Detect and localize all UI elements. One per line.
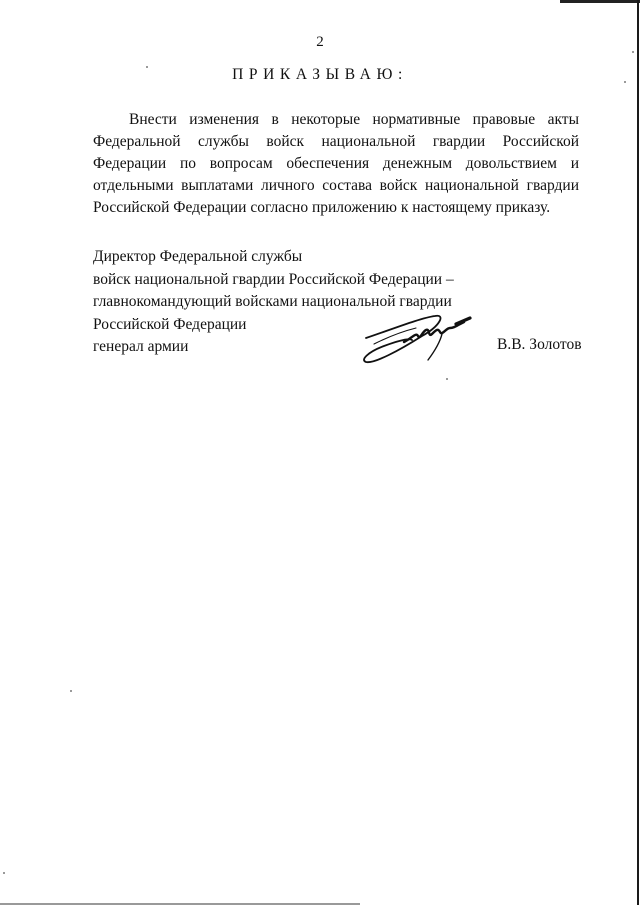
order-heading: ПРИКАЗЫВАЮ: [0, 66, 640, 84]
signatory-name: В.В. Золотов [497, 336, 582, 354]
order-body: Внести изменения в некоторые нормативные… [93, 109, 579, 219]
body-paragraph: Внести изменения в некоторые нормативные… [93, 109, 579, 219]
scan-edge-top [0, 0, 640, 3]
scan-speck [3, 872, 5, 874]
handwritten-signature-icon [360, 308, 480, 370]
scan-edge-right [637, 0, 639, 905]
scan-speck [146, 66, 148, 68]
scan-speck [624, 81, 626, 83]
scan-speck [446, 378, 448, 380]
signatory-title-line: Директор Федеральной службы [93, 246, 454, 269]
signatory-title-line: войск национальной гвардии Российской Фе… [93, 269, 454, 292]
page-number: 2 [0, 34, 640, 51]
scan-speck [70, 690, 72, 692]
scan-speck [632, 51, 634, 53]
document-page: 2 ПРИКАЗЫВАЮ: Внести изменения в некотор… [0, 0, 640, 905]
